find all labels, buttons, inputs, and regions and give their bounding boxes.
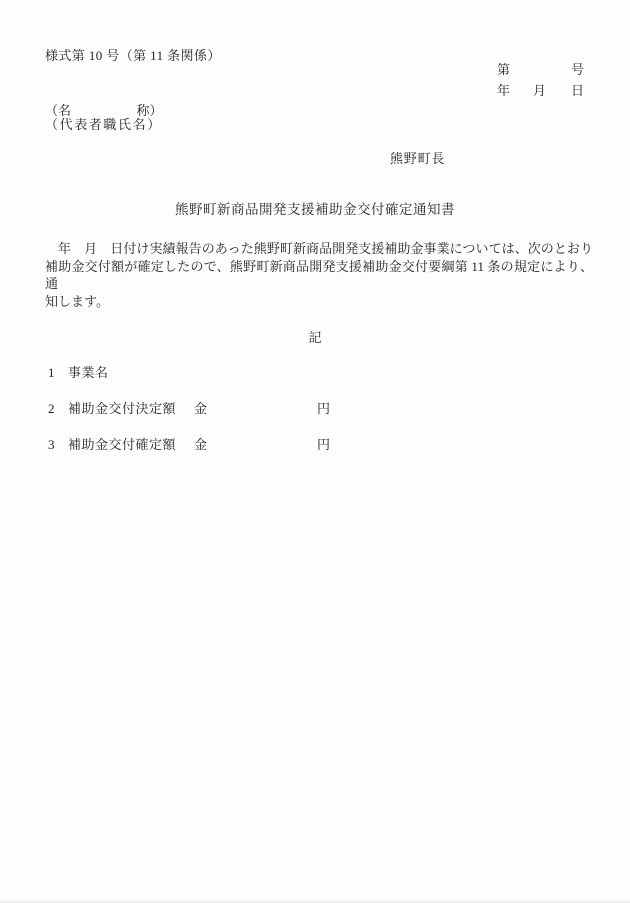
addressee-name-gap <box>74 114 133 115</box>
item-label: 補助金交付決定額 <box>68 401 176 417</box>
amount-prefix: 金 <box>194 401 207 417</box>
amount-prefix: 金 <box>194 437 207 453</box>
record-marker: 記 <box>0 330 630 346</box>
sender-name: 熊野町長 <box>390 151 445 167</box>
date-day-label: 日 <box>571 83 584 99</box>
body-line-2: 補助金交付額が確定したので、熊野町新商品開発支援補助金交付要綱第 11 条の規定… <box>45 258 593 293</box>
document-page: 様式第 10 号（第 11 条関係） 第 号 年 月 日 （名 称） （代表者職… <box>0 0 630 903</box>
body-line-1: 年 月 日付け実績報告のあった熊野町新商品開発支援補助金事業については、次のとお… <box>45 240 593 258</box>
item-number: 3 <box>48 437 55 453</box>
item-row-grant-determined-amount: 3 補助金交付確定額 金 円 <box>45 437 605 454</box>
body-line-3: 知します。 <box>45 293 593 311</box>
addressee-name-close: 称） <box>137 103 163 118</box>
date-month-label: 月 <box>533 83 546 99</box>
item-label: 事業名 <box>68 365 109 381</box>
amount-suffix: 円 <box>317 401 330 417</box>
document-title: 熊野町新商品開発支援補助金交付確定通知書 <box>0 202 630 218</box>
doc-number-prefix: 第 <box>497 62 510 78</box>
addressee-representative-label: （代表者職氏名） <box>45 117 162 133</box>
body-paragraph: 年 月 日付け実績報告のあった熊野町新商品開発支援補助金事業については、次のとお… <box>45 240 593 310</box>
date-year-label: 年 <box>497 83 510 99</box>
addressee-name-open: （名 <box>45 103 71 118</box>
date-line: 年 月 日 <box>0 83 630 99</box>
item-row-grant-decided-amount: 2 補助金交付決定額 金 円 <box>45 401 605 418</box>
item-number: 1 <box>48 365 55 381</box>
item-row-business-name: 1 事業名 <box>45 365 605 382</box>
item-label: 補助金交付確定額 <box>68 437 176 453</box>
item-number: 2 <box>48 401 55 417</box>
doc-number-suffix: 号 <box>571 62 584 78</box>
doc-number-line: 第 号 <box>0 62 630 78</box>
amount-suffix: 円 <box>317 437 330 453</box>
